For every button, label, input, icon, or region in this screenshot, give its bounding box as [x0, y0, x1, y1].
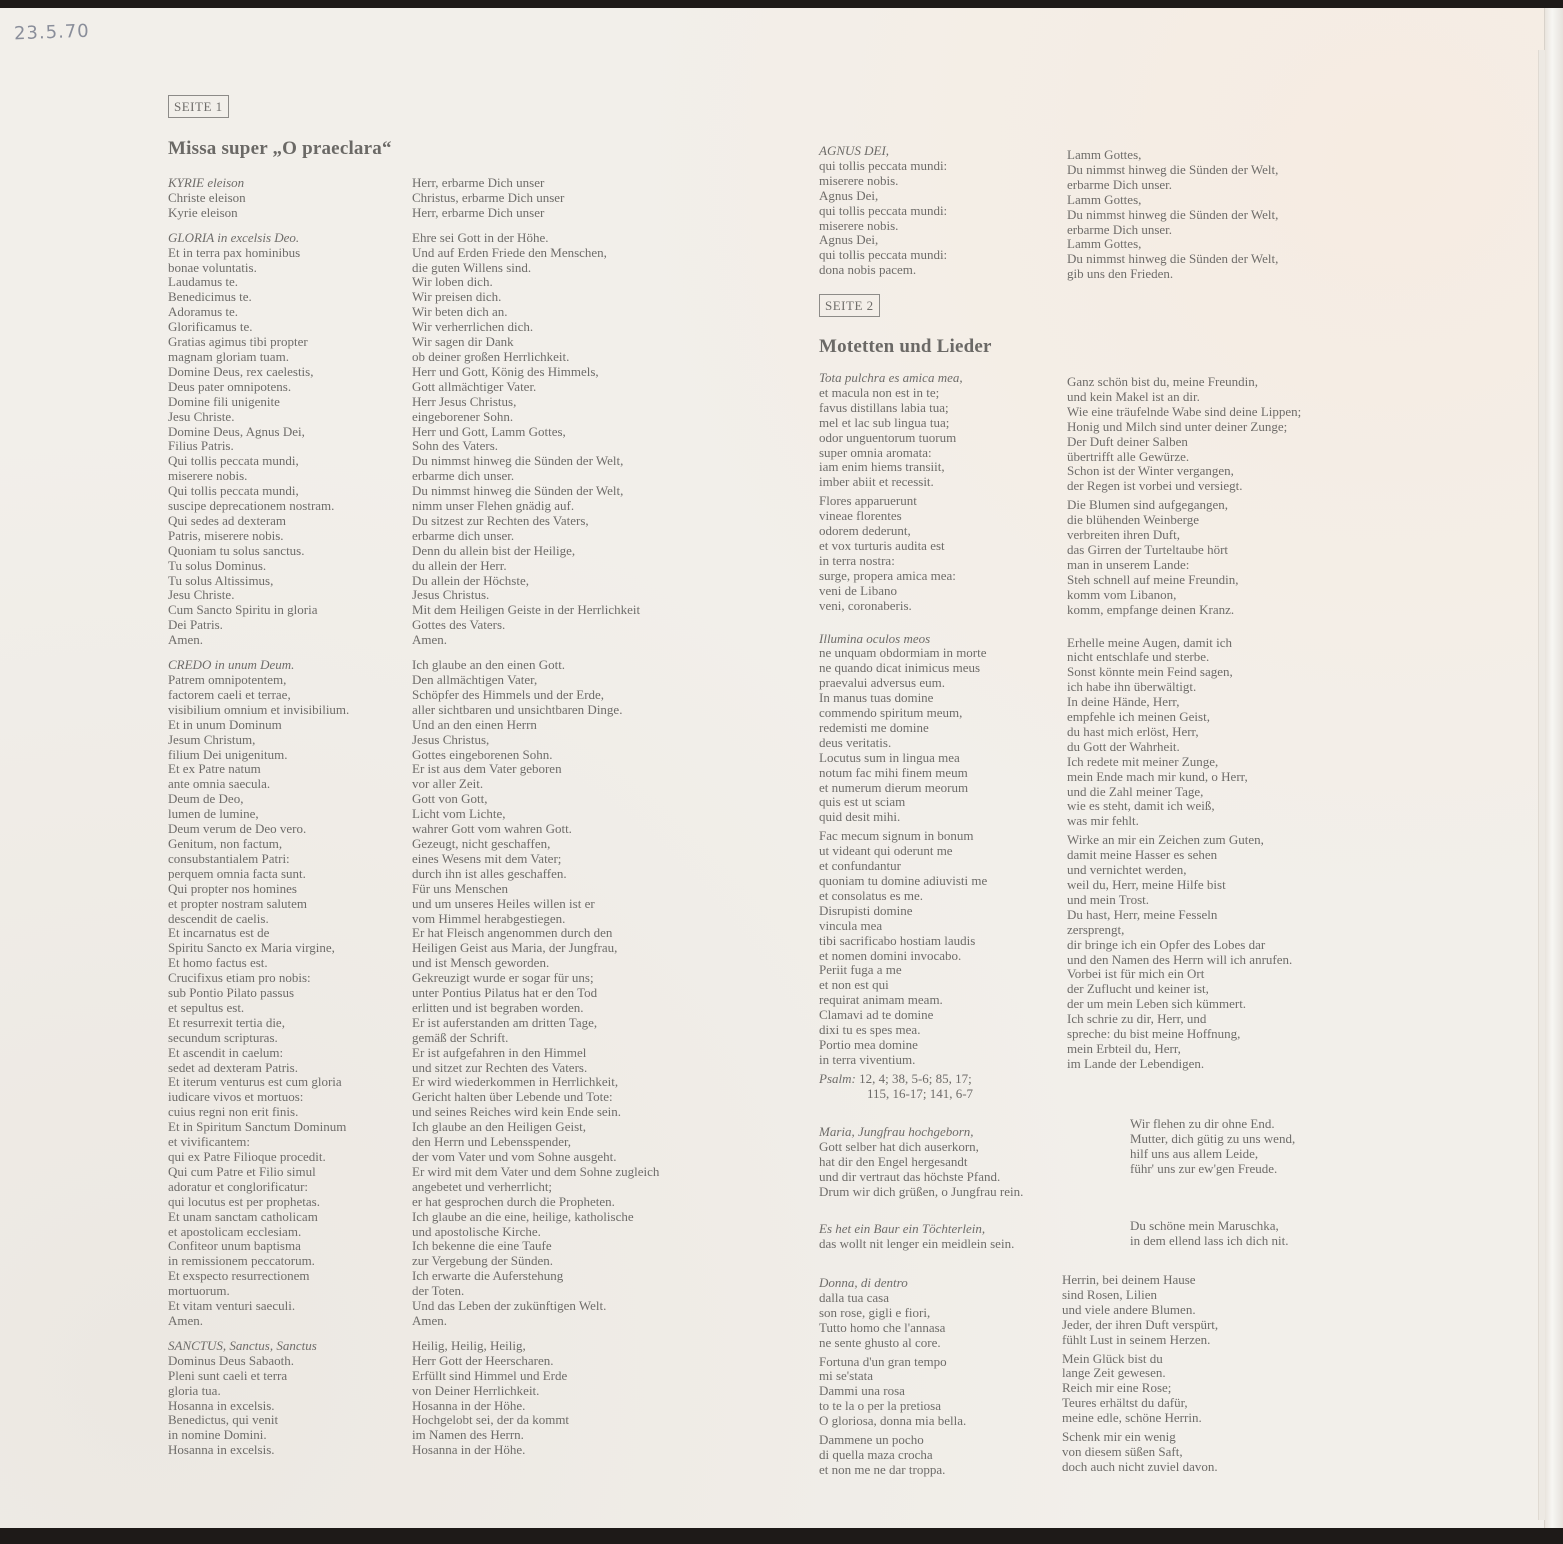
text-line: übertrifft alle Gewürze. — [1067, 450, 1301, 465]
text-line: miserere nobis. — [819, 219, 947, 234]
illumina-german-a: Erhelle meine Augen, damit ichnicht ents… — [1067, 636, 1301, 830]
text-line: Du nimmst hinweg die Sünden der Welt, — [1067, 163, 1278, 178]
text-line: vineae florentes — [819, 509, 987, 524]
text-line: Herr und Gott, Lamm Gottes, — [412, 425, 659, 440]
text-line: Er hat Fleisch angenommen durch den — [412, 926, 659, 941]
text-line: deus veritatis. — [819, 736, 987, 751]
text-line: lange Zeit gewesen. — [1062, 1366, 1218, 1381]
text-line: Und an den einen Herrn — [412, 718, 659, 733]
text-line: Wir verherrlichen dich. — [412, 320, 659, 335]
text-line: Dammene un pocho — [819, 1433, 966, 1448]
text-line: quoniam tu domine adiuvisti me — [819, 874, 987, 889]
text-line: Tu solus Altissimus, — [168, 574, 349, 589]
text-line: Deum verum de Deo vero. — [168, 822, 349, 837]
text-line: Herr, erbarme Dich unser — [412, 206, 659, 221]
text-line: quid desit mihi. — [819, 810, 987, 825]
text-line: die guten Willens sind. — [412, 261, 659, 276]
donna-italian-a: Donna, di dentrodalla tua casason rose, … — [819, 1276, 966, 1351]
text-line: gemäß der Schrift. — [412, 1031, 659, 1046]
text-line: er hat gesprochen durch die Propheten. — [412, 1195, 659, 1210]
sanctus-latin: SANCTUS, Sanctus, SanctusDominus Deus Sa… — [168, 1339, 349, 1458]
text-line: dir bringe ich ein Opfer des Lobes dar — [1067, 938, 1301, 953]
text-line: fühlt Lust in seinem Herzen. — [1062, 1333, 1218, 1348]
text-line: KYRIE eleison — [168, 176, 349, 191]
text-line: damit meine Hasser es sehen — [1067, 848, 1301, 863]
text-line: consubstantialem Patri: — [168, 852, 349, 867]
text-line: Für uns Menschen — [412, 882, 659, 897]
text-line: Ich glaube an den einen Gott. — [412, 658, 659, 673]
text-line: vor aller Zeit. — [412, 777, 659, 792]
text-line: vom Himmel herabgestiegen. — [412, 912, 659, 927]
text-line: komm, empfange deinen Kranz. — [1067, 603, 1301, 618]
tota-pulchra-german-a: Ganz schön bist du, meine Freundin,und k… — [1067, 375, 1301, 494]
text-line: der um mein Leben sich kümmert. — [1067, 997, 1301, 1012]
donna-italian-column: Donna, di dentrodalla tua casason rose, … — [819, 1276, 966, 1478]
text-line: Gezeugt, nicht geschaffen, — [412, 837, 659, 852]
text-line: Et ascendit in caelum: — [168, 1046, 349, 1061]
text-line: Er wird wiederkommen in Herrlichkeit, — [412, 1075, 659, 1090]
text-line: Steh schnell auf meine Freundin, — [1067, 573, 1301, 588]
credo-latin: CREDO in unum Deum.Patrem omnipotentem,f… — [168, 658, 349, 1329]
text-line: Amen. — [412, 1314, 659, 1329]
text-line: redemisti me domine — [819, 721, 987, 736]
text-line: Et in unum Dominum — [168, 718, 349, 733]
text-line: von diesem süßen Saft, — [1062, 1445, 1218, 1460]
text-line: filium Dei unigenitum. — [168, 748, 349, 763]
text-line: Herr, erbarme Dich unser — [412, 176, 659, 191]
text-line: qui tollis peccata mundi: — [819, 248, 947, 263]
text-line: ne quando dicat inimicus meus — [819, 661, 987, 676]
maria-left-column: Maria, Jungfrau hochgeborn,Gott selber h… — [819, 1125, 1023, 1200]
text-line: was mir fehlt. — [1067, 814, 1301, 829]
text-line: meine edle, schöne Herrin. — [1062, 1411, 1218, 1426]
text-line: erbarme dich unser. — [412, 469, 659, 484]
text-line: Gott selber hat dich auserkorn, — [819, 1140, 1023, 1155]
text-line: im Namen des Herrn. — [412, 1428, 659, 1443]
text-line: vincula mea — [819, 919, 987, 934]
text-line: Gott von Gott, — [412, 792, 659, 807]
text-line: Schöpfer des Himmels und der Erde, — [412, 688, 659, 703]
text-line: Deus pater omnipotens. — [168, 380, 349, 395]
text-line: lumen de lumine, — [168, 807, 349, 822]
text-line: gib uns den Frieden. — [1067, 267, 1278, 282]
text-line: Periit fuga a me — [819, 963, 987, 978]
text-line: spreche: du bist meine Hoffnung, — [1067, 1027, 1301, 1042]
text-line: suscipe deprecationem nostram. — [168, 499, 349, 514]
text-line: Domine fili unigenite — [168, 395, 349, 410]
text-line: Flores apparuerunt — [819, 494, 987, 509]
text-line: Ganz schön bist du, meine Freundin, — [1067, 375, 1301, 390]
text-line: Donna, di dentro — [819, 1276, 966, 1291]
text-line: Hosanna in excelsis. — [168, 1443, 349, 1458]
text-line: Ich bekenne die eine Taufe — [412, 1239, 659, 1254]
text-line: adoratur et conglorificatur: — [168, 1180, 349, 1195]
gloria-german: Ehre sei Gott in der Höhe.Und auf Erden … — [412, 231, 659, 648]
text-line: Qui propter nos homines — [168, 882, 349, 897]
text-line: Et resurrexit tertia die, — [168, 1016, 349, 1031]
text-line: Et unam sanctam catholicam — [168, 1210, 349, 1225]
text-line: Deum de Deo, — [168, 792, 349, 807]
text-line: Ich glaube an die eine, heilige, katholi… — [412, 1210, 659, 1225]
text-line: das wollt nit lenger ein meidlein sein. — [819, 1237, 1014, 1252]
text-line: Kyrie eleison — [168, 206, 349, 221]
illumina-latin-b: Fac mecum signum in bonumut videant qui … — [819, 829, 987, 1068]
text-line: Mutter, dich gütig zu uns wend, — [1130, 1132, 1295, 1147]
text-line: veni, coronaberis. — [819, 599, 987, 614]
text-line: und kein Makel ist an dir. — [1067, 390, 1301, 405]
text-line: Ehre sei Gott in der Höhe. — [412, 231, 659, 246]
text-line: eingeborener Sohn. — [412, 410, 659, 425]
text-line: Licht vom Lichte, — [412, 807, 659, 822]
text-line: commendo spiritum meum, — [819, 706, 987, 721]
text-line: Amen. — [168, 1314, 349, 1329]
text-line: Er ist aus dem Vater geboren — [412, 762, 659, 777]
text-line: In deine Hände, Herr, — [1067, 695, 1301, 710]
text-line: Wie eine träufelnde Wabe sind deine Lipp… — [1067, 405, 1301, 420]
text-line: Gratias agimus tibi propter — [168, 335, 349, 350]
text-line: führ' uns zur ew'gen Freude. — [1130, 1162, 1295, 1177]
tota-pulchra-latin-a: Tota pulchra es amica mea,et macula non … — [819, 371, 987, 490]
text-line: Es het ein Baur ein Töchterlein, — [819, 1222, 1014, 1237]
text-line: Et exspecto resurrectionem — [168, 1269, 349, 1284]
text-line: Tota pulchra es amica mea, — [819, 371, 987, 386]
side-2-title: Motetten und Lieder — [819, 336, 992, 358]
text-line: Gekreuzigt wurde er sogar für uns; — [412, 971, 659, 986]
text-line: tibi sacrificabo hostiam laudis — [819, 934, 987, 949]
text-line: Confiteor unum baptisma — [168, 1239, 349, 1254]
text-line: to te la o per la pretiosa — [819, 1399, 966, 1414]
text-line: et non est qui — [819, 978, 987, 993]
text-line: und die Zahl meiner Tage, — [1067, 785, 1301, 800]
text-line: wahrer Gott vom wahren Gott. — [412, 822, 659, 837]
text-line: Patrem omnipotentem, — [168, 673, 349, 688]
text-line: mel et lac sub lingua tua; — [819, 416, 987, 431]
text-line: son rose, gigli e fiori, — [819, 1306, 966, 1321]
text-line: Honig und Milch sind unter deiner Zunge; — [1067, 420, 1301, 435]
text-line: verbreiten ihren Duft, — [1067, 528, 1301, 543]
text-line: Quoniam tu solus sanctus. — [168, 544, 349, 559]
side-2-latin-column: Tota pulchra es amica mea,et macula non … — [819, 371, 987, 1102]
tota-pulchra-german-b: Die Blumen sind aufgegangen,die blühende… — [1067, 498, 1301, 617]
text-line: ich habe ihn überwältigt. — [1067, 680, 1301, 695]
text-line: Er wird mit dem Vater und dem Sohne zugl… — [412, 1165, 659, 1180]
text-line: ob deiner großen Herrlichkeit. — [412, 350, 659, 365]
text-line: Glorificamus te. — [168, 320, 349, 335]
text-line: Clamavi ad te domine — [819, 1008, 987, 1023]
text-line: secundum scripturas. — [168, 1031, 349, 1046]
text-line: factorem caeli et terrae, — [168, 688, 349, 703]
text-line: ut videant qui oderunt me — [819, 844, 987, 859]
text-line: descendit de caelis. — [168, 912, 349, 927]
text-line: et nomen domini invocabo. — [819, 949, 987, 964]
es-het-left: Es het ein Baur ein Töchterlein,das woll… — [819, 1222, 1014, 1252]
text-line: Amen. — [412, 633, 659, 648]
text-line: Den allmächtigen Vater, — [412, 673, 659, 688]
text-line: Sohn des Vaters. — [412, 439, 659, 454]
text-line: Du nimmst hinweg die Sünden der Welt, — [1067, 208, 1278, 223]
text-line: ne sente ghusto al core. — [819, 1336, 966, 1351]
agnus-latin-column: AGNUS DEI,qui tollis peccata mundi:miser… — [819, 144, 947, 278]
text-line: Gott allmächtiger Vater. — [412, 380, 659, 395]
text-line: Jesu Christe. — [168, 588, 349, 603]
text-line: Dammi una rosa — [819, 1384, 966, 1399]
text-line: Hosanna in excelsis. — [168, 1399, 349, 1414]
text-line: et macula non est in te; — [819, 386, 987, 401]
text-line: Locutus sum in lingua mea — [819, 751, 987, 766]
text-line: Erfüllt sind Himmel und Erde — [412, 1369, 659, 1384]
text-line: unter Pontius Pilatus hat er den Tod — [412, 986, 659, 1001]
text-line: und seines Reiches wird kein Ende sein. — [412, 1105, 659, 1120]
text-line: Gottes eingeborenen Sohn. — [412, 748, 659, 763]
text-line: Gericht halten über Lebende und Tote: — [412, 1090, 659, 1105]
maria-right-column: Wir flehen zu dir ohne End.Mutter, dich … — [1130, 1117, 1295, 1177]
text-line: eines Wesens mit dem Vater; — [412, 852, 659, 867]
text-line: Herr Gott der Heerscharen. — [412, 1354, 659, 1369]
text-line: im Lande der Lebendigen. — [1067, 1057, 1301, 1072]
text-line: Wir flehen zu dir ohne End. — [1130, 1117, 1295, 1132]
text-line: Schon ist der Winter vergangen, — [1067, 464, 1301, 479]
text-line: super omnia aromata: — [819, 446, 987, 461]
text-line: Schenk mir ein wenig — [1062, 1430, 1218, 1445]
text-line: Jesum Christum, — [168, 733, 349, 748]
text-line: AGNUS DEI, — [819, 144, 947, 159]
text-line: zur Vergebung der Sünden. — [412, 1254, 659, 1269]
text-line: Laudamus te. — [168, 275, 349, 290]
text-line: Jeder, der ihren Duft verspürt, — [1062, 1318, 1218, 1333]
text-line: Benedicimus te. — [168, 290, 349, 305]
text-line: ne unquam obdormiam in morte — [819, 646, 987, 661]
text-line: miserere nobis. — [819, 174, 947, 189]
text-line: angebetet und verherrlicht; — [412, 1180, 659, 1195]
text-line: du Gott der Wahrheit. — [1067, 740, 1301, 755]
text-line: Christus, erbarme Dich unser — [412, 191, 659, 206]
text-line: Maria, Jungfrau hochgeborn, — [819, 1125, 1023, 1140]
maria-left: Maria, Jungfrau hochgeborn,Gott selber h… — [819, 1125, 1023, 1200]
text-line: et confundantur — [819, 859, 987, 874]
text-line: komm vom Libanon, — [1067, 588, 1301, 603]
donna-italian-c: Dammene un pochodi quella maza crochaet … — [819, 1433, 966, 1478]
side-1-latin-column: KYRIE eleisonChriste eleisonKyrie eleiso… — [168, 176, 349, 1458]
text-line: doch auch nicht zuviel davon. — [1062, 1460, 1218, 1475]
text-line: Ich schrie zu dir, Herr, und — [1067, 1012, 1301, 1027]
handwritten-date-note: 23.5.70 — [14, 21, 90, 45]
text-line: GLORIA in excelsis Deo. — [168, 231, 349, 246]
text-line: hat dir den Engel hergesandt — [819, 1155, 1023, 1170]
text-line: Du nimmst hinweg die Sünden der Welt, — [412, 484, 659, 499]
text-line: Drum wir dich grüßen, o Jungfrau rein. — [819, 1185, 1023, 1200]
text-line: gloria tua. — [168, 1384, 349, 1399]
text-line: et propter nostram salutem — [168, 897, 349, 912]
donna-german-b: Mein Glück bist dulange Zeit gewesen.Rei… — [1062, 1352, 1218, 1427]
gloria-latin: GLORIA in excelsis Deo.Et in terra pax h… — [168, 231, 349, 648]
text-line: qui tollis peccata mundi: — [819, 204, 947, 219]
text-line: Und auf Erden Friede den Menschen, — [412, 246, 659, 261]
text-line: et vivificantem: — [168, 1135, 349, 1150]
text-line: erbarme Dich unser. — [1067, 178, 1278, 193]
text-line: mein Erbteil du, Herr, — [1067, 1042, 1301, 1057]
text-line: et consolatus es me. — [819, 889, 987, 904]
text-line: in terra nostra: — [819, 554, 987, 569]
text-line: Wir beten dich an. — [412, 305, 659, 320]
text-line: Qui tollis peccata mundi, — [168, 454, 349, 469]
text-line: durch ihn ist alles geschaffen. — [412, 867, 659, 882]
text-line: et sepultus est. — [168, 1001, 349, 1016]
text-line: Er ist auferstanden am dritten Tage, — [412, 1016, 659, 1031]
text-line: odor unguentorum tuorum — [819, 431, 987, 446]
text-line: und apostolische Kirche. — [412, 1225, 659, 1240]
text-line: et non me ne dar troppa. — [819, 1463, 966, 1478]
text-line: Mit dem Heiligen Geiste in der Herrlichk… — [412, 603, 659, 618]
text-line: hilf uns aus allem Leide, — [1130, 1147, 1295, 1162]
text-line: Benedictus, qui venit — [168, 1413, 349, 1428]
text-line: Pleni sunt caeli et terra — [168, 1369, 349, 1384]
text-line: zersprengt, — [1067, 923, 1301, 938]
text-line: Mein Glück bist du — [1062, 1352, 1218, 1367]
text-line: iam enim hiems transiit, — [819, 460, 987, 475]
text-line: Qui tollis peccata mundi, — [168, 484, 349, 499]
side-2-german-column: Ganz schön bist du, meine Freundin,und k… — [1067, 375, 1301, 1072]
illumina-latin-a: Illumina oculos meosne unquam obdormiam … — [819, 632, 987, 826]
text-line: der Zuflucht und keiner ist, — [1067, 982, 1301, 997]
text-line: in terra viventium. — [819, 1053, 987, 1068]
text-line: sub Pontio Pilato passus — [168, 986, 349, 1001]
side-2-badge: SEITE 2 — [819, 294, 880, 317]
text-line: erlitten und ist begraben worden. — [412, 1001, 659, 1016]
text-line: und vernichtet werden, — [1067, 863, 1301, 878]
text-line: Hochgelobt sei, der da kommt — [412, 1413, 659, 1428]
agnus-german: Lamm Gottes,Du nimmst hinweg die Sünden … — [1067, 148, 1278, 282]
text-line: Ich redete mit meiner Zunge, — [1067, 755, 1301, 770]
text-line: und dir vertraut das höchste Pfand. — [819, 1170, 1023, 1185]
text-line: Gottes des Vaters. — [412, 618, 659, 633]
psalm-reference-cont: 115, 16-17; 141, 6-7 — [819, 1087, 987, 1102]
text-line: Domine Deus, Agnus Dei, — [168, 425, 349, 440]
tota-pulchra-latin-b: Flores apparueruntvineae florentesodorem… — [819, 494, 987, 613]
text-line: Tu solus Dominus. — [168, 559, 349, 574]
text-line: qui locutus est per prophetas. — [168, 1195, 349, 1210]
text-line: Agnus Dei, — [819, 189, 947, 204]
text-line: Lamm Gottes, — [1067, 193, 1278, 208]
text-line: Du hast, Herr, meine Fesseln — [1067, 908, 1301, 923]
text-line: Fortuna d'un gran tempo — [819, 1355, 966, 1370]
text-line: cuius regni non erit finis. — [168, 1105, 349, 1120]
text-line: Teures erhältst du dafür, — [1062, 1396, 1218, 1411]
text-line: dona nobis pacem. — [819, 263, 947, 278]
donna-german-a: Herrin, bei deinem Hausesind Rosen, Lili… — [1062, 1273, 1218, 1348]
text-line: ante omnia saecula. — [168, 777, 349, 792]
text-line: Hosanna in der Höhe. — [412, 1399, 659, 1414]
text-line: di quella maza crocha — [819, 1448, 966, 1463]
text-line: in dem ellend lass ich dich nit. — [1130, 1234, 1289, 1249]
text-line: imber abiit et recessit. — [819, 475, 987, 490]
text-line: Denn du allein bist der Heilige, — [412, 544, 659, 559]
text-line: dixi tu es spes mea. — [819, 1023, 987, 1038]
text-line: Du nimmst hinweg die Sünden der Welt, — [1067, 252, 1278, 267]
text-line: praevalui adversus eum. — [819, 676, 987, 691]
agnus-german-column: Lamm Gottes,Du nimmst hinweg die Sünden … — [1067, 148, 1278, 282]
sleeve-edge — [1544, 8, 1563, 1528]
text-line: Erhelle meine Augen, damit ich — [1067, 636, 1301, 651]
text-line: Adoramus te. — [168, 305, 349, 320]
text-line: und mein Trost. — [1067, 893, 1301, 908]
text-line: qui ex Patre Filioque procedit. — [168, 1150, 349, 1165]
es-het-left-column: Es het ein Baur ein Töchterlein,das woll… — [819, 1222, 1014, 1252]
text-line: weil du, Herr, meine Hilfe bist — [1067, 878, 1301, 893]
sanctus-german: Heilig, Heilig, Heilig,Herr Gott der Hee… — [412, 1339, 659, 1458]
text-line: Et vitam venturi saeculi. — [168, 1299, 349, 1314]
text-line: Amen. — [168, 633, 349, 648]
text-line: mein Ende mach mir kund, o Herr, — [1067, 770, 1301, 785]
text-line: nicht entschlafe und sterbe. — [1067, 650, 1301, 665]
text-line: O gloriosa, donna mia bella. — [819, 1414, 966, 1429]
text-line: SANCTUS, Sanctus, Sanctus — [168, 1339, 349, 1354]
text-line: iudicare vivos et mortuos: — [168, 1090, 349, 1105]
text-line: Ich erwarte die Auferstehung — [412, 1269, 659, 1284]
text-line: den Herrn und Lebensspender, — [412, 1135, 659, 1150]
text-line: der vom Vater und vom Sohne ausgeht. — [412, 1150, 659, 1165]
text-line: Die Blumen sind aufgegangen, — [1067, 498, 1301, 513]
text-line: und den Namen des Herrn will ich anrufen… — [1067, 953, 1301, 968]
text-line: notum fac mihi finem meum — [819, 766, 987, 781]
text-line: Hosanna in der Höhe. — [412, 1443, 659, 1458]
text-line: Disrupisti domine — [819, 904, 987, 919]
text-line: Christe eleison — [168, 191, 349, 206]
text-line: Er ist aufgefahren in den Himmel — [412, 1046, 659, 1061]
text-line: Et incarnatus est de — [168, 926, 349, 941]
text-line: odorem dederunt, — [819, 524, 987, 539]
text-line: In manus tuas domine — [819, 691, 987, 706]
text-line: Cum Sancto Spiritu in gloria — [168, 603, 349, 618]
donna-german-c: Schenk mir ein wenigvon diesem süßen Saf… — [1062, 1430, 1218, 1475]
text-line: erbarme Dich unser. — [1067, 223, 1278, 238]
illumina-german-b: Wirke an mir ein Zeichen zum Guten,damit… — [1067, 833, 1301, 1072]
donna-italian-b: Fortuna d'un gran tempomi se'stataDammi … — [819, 1355, 966, 1430]
text-line: sedet ad dexteram Patris. — [168, 1061, 349, 1076]
text-line: Herr und Gott, König des Himmels, — [412, 365, 659, 380]
text-line: Genitum, non factum, — [168, 837, 349, 852]
text-line: die blühenden Weinberge — [1067, 513, 1301, 528]
text-line: Fac mecum signum in bonum — [819, 829, 987, 844]
text-line: Jesu Christe. — [168, 410, 349, 425]
text-line: du allein der Herr. — [412, 559, 659, 574]
text-line: veni de Libano — [819, 584, 987, 599]
maria-right: Wir flehen zu dir ohne End.Mutter, dich … — [1130, 1117, 1295, 1177]
text-line: CREDO in unum Deum. — [168, 658, 349, 673]
text-line: Heiligen Geist aus Maria, der Jungfrau, — [412, 941, 659, 956]
text-line: Et in Spiritum Sanctum Dominum — [168, 1120, 349, 1135]
text-line: et apostolicam ecclesiam. — [168, 1225, 349, 1240]
text-line: der Regen ist vorbei und versiegt. — [1067, 479, 1301, 494]
text-line: quis est ut sciam — [819, 795, 987, 810]
text-line: man in unserem Lande: — [1067, 558, 1301, 573]
text-line: das Girren der Turteltaube hört — [1067, 543, 1301, 558]
text-line: Ich glaube an den Heiligen Geist, — [412, 1120, 659, 1135]
text-line: Filius Patris. — [168, 439, 349, 454]
text-line: in nomine Domini. — [168, 1428, 349, 1443]
text-line: perquem omnia facta sunt. — [168, 867, 349, 882]
text-line: Et in terra pax hominibus — [168, 246, 349, 261]
text-line: Crucifixus etiam pro nobis: — [168, 971, 349, 986]
text-line: favus distillans labia tua; — [819, 401, 987, 416]
text-line: Spiritu Sancto ex Maria virgine, — [168, 941, 349, 956]
text-line: Du sitzest zur Rechten des Vaters, — [412, 514, 659, 529]
psalm-reference: Psalm: 12, 4; 38, 5-6; 85, 17; — [819, 1072, 987, 1087]
text-line: Illumina oculos meos — [819, 632, 987, 647]
text-line: Der Duft deiner Salben — [1067, 435, 1301, 450]
text-line: empfehle ich meinen Geist, — [1067, 710, 1301, 725]
text-line: Qui sedes ad dexteram — [168, 514, 349, 529]
text-line: Agnus Dei, — [819, 233, 947, 248]
